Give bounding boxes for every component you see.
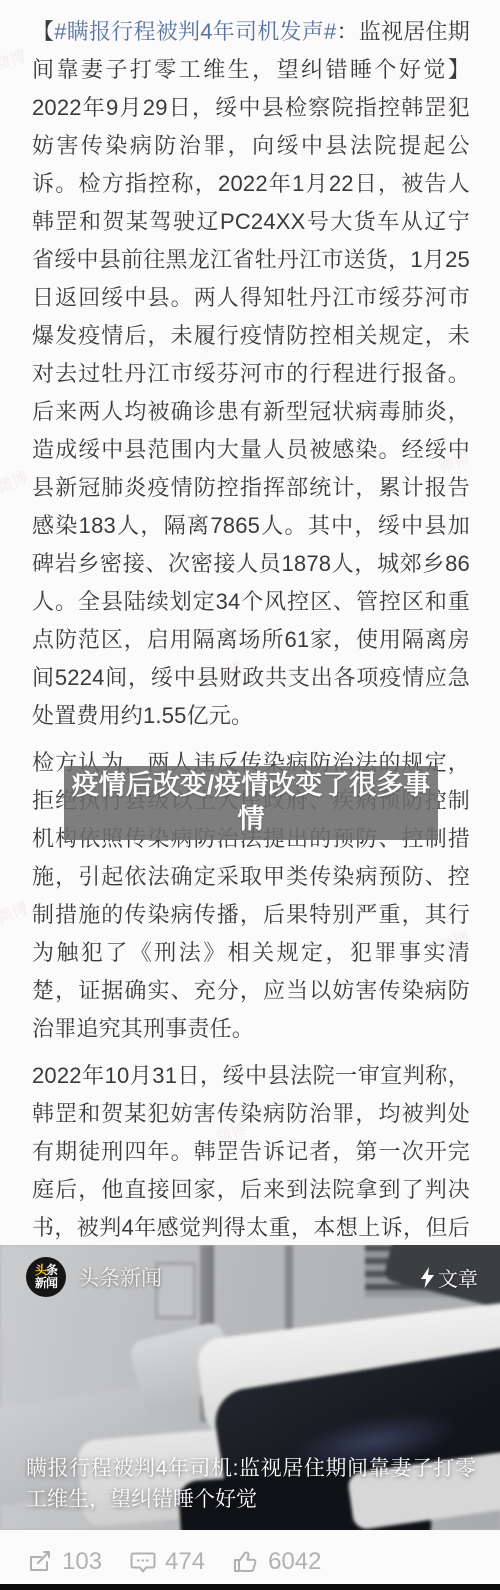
overlay-banner-line1: 疫情后改变/疫情改变了很多事 (70, 768, 432, 802)
video-card[interactable]: 头条 新闻 头条新闻 文章 瞒报行程被判4年司机:监视居住期间靠妻子打零工维生，… (0, 1245, 500, 1530)
lightning-icon (420, 1267, 435, 1288)
bottom-edge-bar (0, 1584, 500, 1590)
source-name: 头条新闻 (78, 1262, 162, 1292)
comment-count: 474 (165, 1548, 205, 1576)
logo-char-1: 头 (35, 1263, 46, 1277)
repost-icon (27, 1550, 53, 1574)
card-header: 头条 新闻 头条新闻 文章 (26, 1257, 478, 1297)
source-account[interactable]: 头条 新闻 头条新闻 (26, 1257, 162, 1297)
article-badge[interactable]: 文章 (420, 1263, 478, 1292)
comment-button[interactable]: 474 (130, 1548, 205, 1576)
thumbs-up-icon (233, 1550, 259, 1574)
article-badge-label: 文章 (438, 1263, 478, 1292)
weibo-post: 微博 微博 微博 微博 微博 微博 微博 微博 微博 【#瞒报行程被判4年司机发… (0, 0, 500, 1590)
like-button[interactable]: 6042 (233, 1548, 321, 1576)
comment-icon (130, 1550, 156, 1574)
logo-char-2: 条 (46, 1263, 57, 1277)
post-body: 【#瞒报行程被判4年司机发声#：监视居住期间靠妻子打零工维生，望纠错睡个好觉】2… (0, 0, 500, 1446)
repost-count: 103 (62, 1548, 102, 1576)
overlay-banner-line2: 情 (70, 802, 432, 836)
title-bracket: 【 (32, 19, 54, 44)
topic-hashtag-link[interactable]: #瞒报行程被判4年司机发声# (54, 19, 336, 44)
logo-row-2: 新闻 (35, 1277, 57, 1290)
toutiao-news-logo: 头条 新闻 (26, 1257, 66, 1297)
like-count: 6042 (268, 1548, 321, 1576)
repost-button[interactable]: 103 (27, 1548, 102, 1576)
post-paragraph-1: 【#瞒报行程被判4年司机发声#：监视居住期间靠妻子打零工维生，望纠错睡个好觉】2… (32, 13, 470, 735)
post-paragraph-1-text: ：监视居住期间靠妻子打零工维生，望纠错睡个好觉】2022年9月29日，绥中县检察… (32, 19, 470, 728)
engagement-bar: 103 474 6042 (27, 1541, 500, 1583)
overlay-banner: 疫情后改变/疫情改变了很多事 情 (64, 766, 438, 840)
video-caption: 瞒报行程被判4年司机:监视居住期间靠妻子打零工维生，望纠错睡个好觉 (26, 1453, 476, 1515)
